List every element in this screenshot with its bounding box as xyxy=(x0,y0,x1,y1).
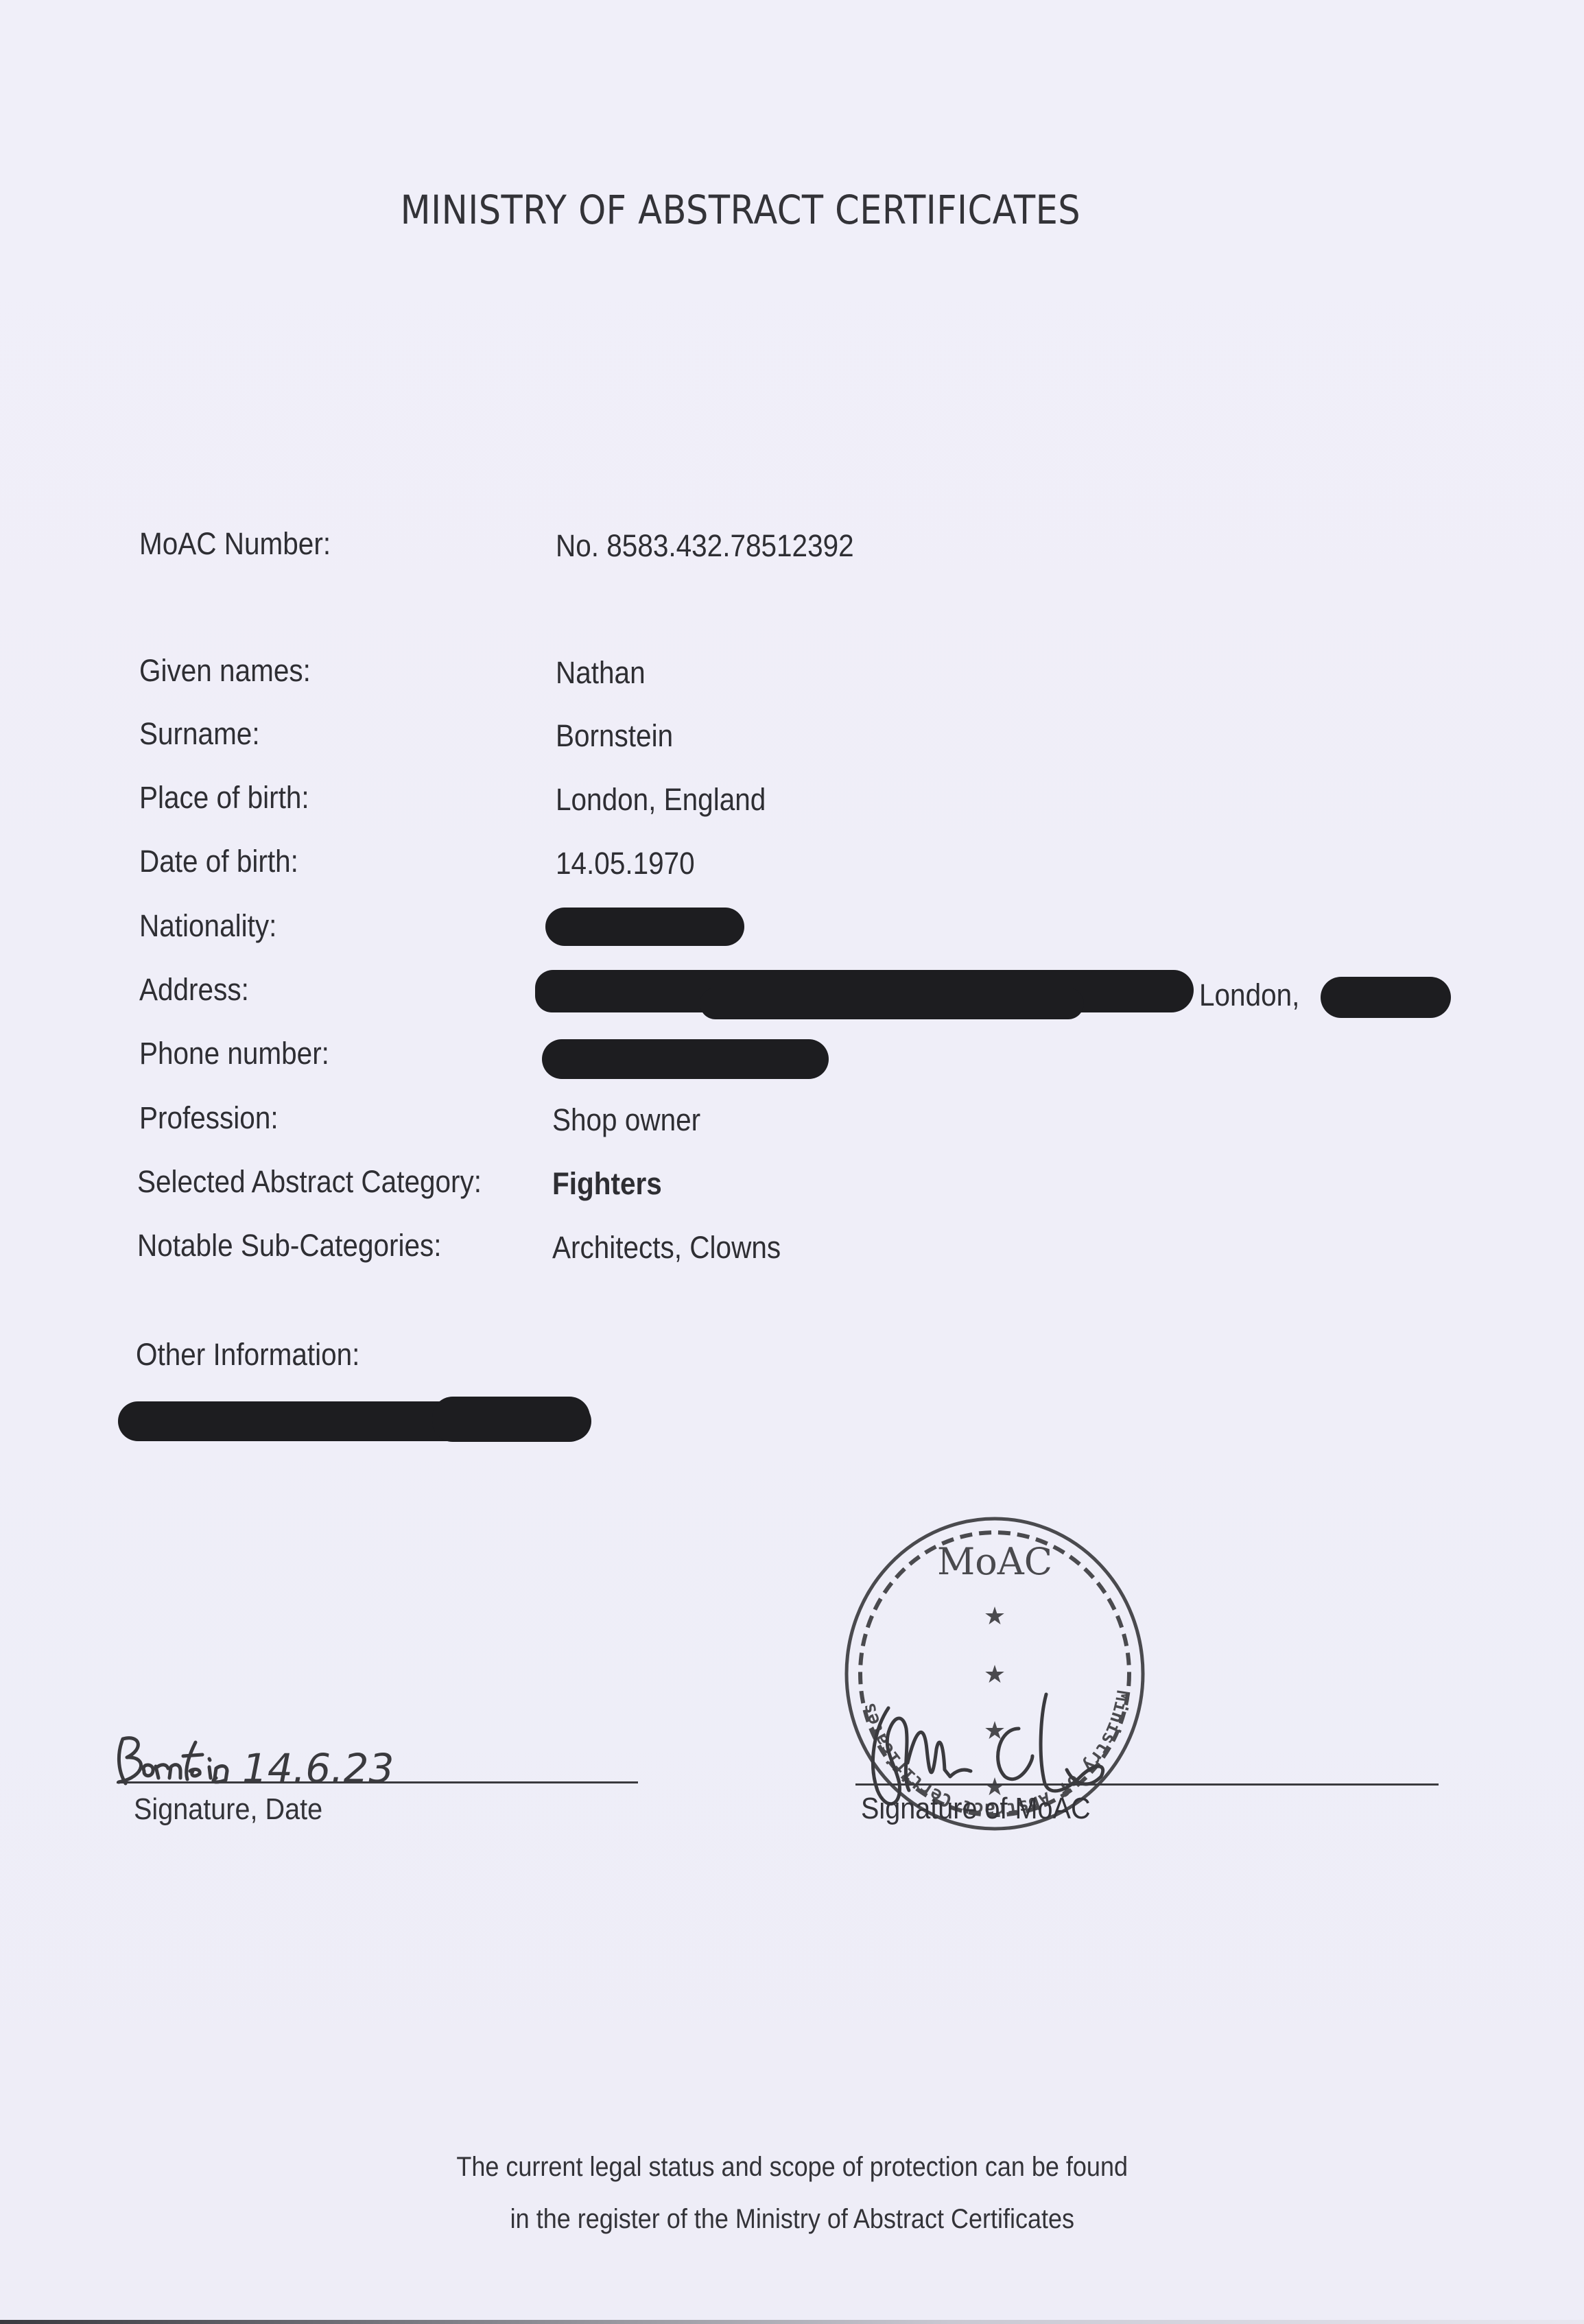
value-place-of-birth: London, England xyxy=(556,784,789,815)
certificate-page: MINISTRY OF ABSTRACT CERTIFICATES MoAC N… xyxy=(0,0,1584,2324)
label-phone-number: Phone number: xyxy=(139,1038,351,1069)
value-profession: Shop owner xyxy=(552,1104,717,1135)
value-surname: Bornstein xyxy=(556,720,686,751)
label-nationality: Nationality: xyxy=(139,910,292,941)
label-selected-category: Selected Abstract Category: xyxy=(137,1166,520,1197)
holder-signature-line xyxy=(117,1781,638,1783)
label-place-of-birth: Place of birth: xyxy=(139,782,328,813)
label-moac-number: MoAC Number: xyxy=(139,528,352,559)
holder-signature-caption: Signature, Date xyxy=(134,1792,344,1827)
redaction-other-information-part xyxy=(432,1397,590,1442)
moac-signature-caption: Signature of MoAC xyxy=(861,1792,1116,1826)
document-title-text: MINISTRY OF ABSTRACT CERTIFICATES xyxy=(401,187,1081,233)
star-icon: ★ xyxy=(984,1602,1006,1631)
label-sub-categories: Notable Sub-Categories: xyxy=(137,1230,475,1261)
label-address: Address: xyxy=(139,974,261,1005)
value-given-names: Nathan xyxy=(556,657,655,688)
value-sub-categories: Architects, Clowns xyxy=(552,1232,806,1263)
stamp-center-text: MoAC xyxy=(937,1540,1052,1583)
star-icon: ★ xyxy=(984,1661,1006,1689)
footer-line-1: The current legal status and scope of pr… xyxy=(0,2152,1584,2183)
label-date-of-birth: Date of birth: xyxy=(139,846,316,877)
label-surname: Surname: xyxy=(139,718,273,749)
holder-handwritten-signature: 14.6.23 xyxy=(113,1729,422,1797)
value-selected-category: Fighters xyxy=(552,1168,674,1199)
holder-signature-date-text: 14.6.23 xyxy=(242,1745,394,1792)
value-address-city: London, xyxy=(1199,980,1311,1010)
scan-bottom-edge xyxy=(0,2320,1584,2324)
value-moac-number: No. 8583.432.78512392 xyxy=(556,530,887,561)
label-profession: Profession: xyxy=(139,1102,294,1133)
redaction-address-postcode xyxy=(1321,977,1451,1018)
footer-line-2: in the register of the Ministry of Abstr… xyxy=(0,2204,1584,2235)
redaction-address-street-tail xyxy=(700,988,1084,1019)
redaction-phone-number xyxy=(542,1039,829,1079)
label-given-names: Given names: xyxy=(139,655,330,686)
label-other-information: Other Information: xyxy=(136,1339,385,1370)
moac-signature-line xyxy=(855,1783,1439,1786)
redaction-nationality xyxy=(545,908,744,946)
value-date-of-birth: 14.05.1970 xyxy=(556,848,710,879)
document-title: MINISTRY OF ABSTRACT CERTIFICATES xyxy=(0,187,1584,233)
